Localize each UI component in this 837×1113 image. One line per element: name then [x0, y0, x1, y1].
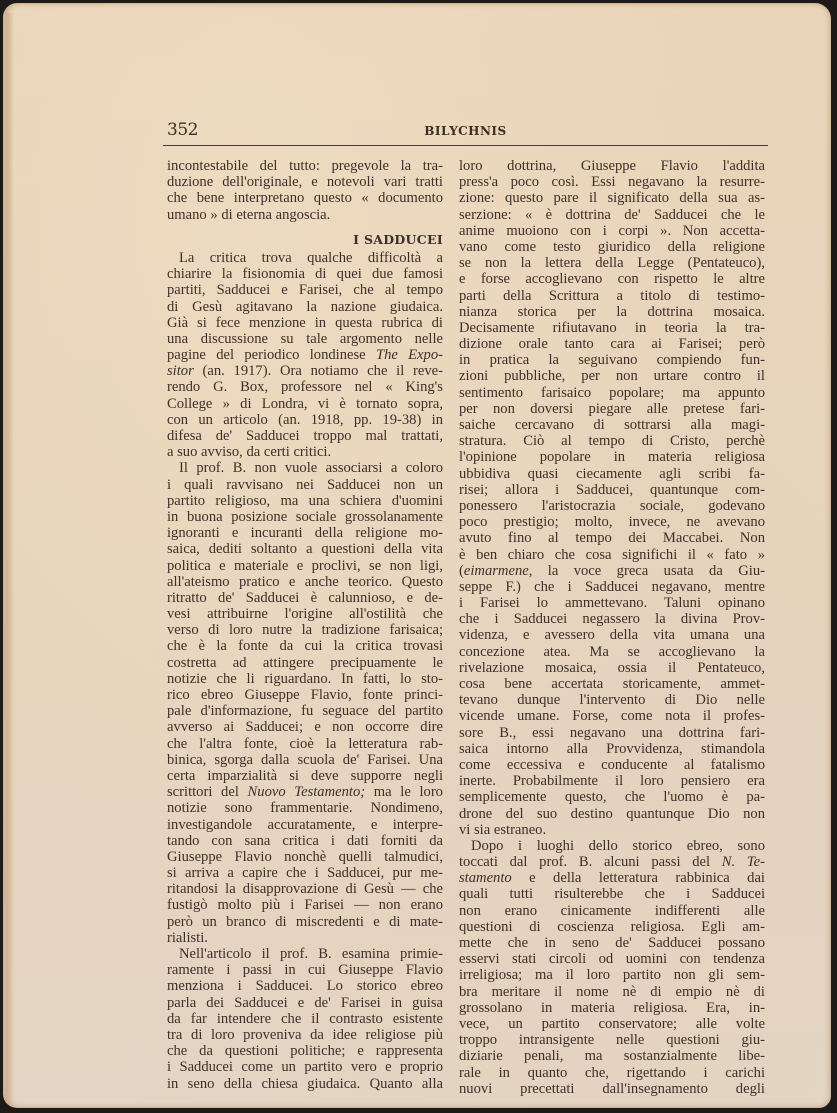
- text-line: parla dei Sadducei e de' Farisei in guis…: [167, 995, 443, 1011]
- text-line: Dopo i luoghi dello storico ebreo, sono: [459, 838, 765, 854]
- text-line: sentimento farisaico popolare; ma appunt…: [459, 385, 765, 401]
- text-line: in pratica la seguivano compiendo fun-: [459, 352, 765, 368]
- text-line: è ben chiaro che cosa significhi il « fa…: [459, 547, 765, 563]
- text-line: che bene interpretano questo « documento: [167, 190, 443, 206]
- text-line: scrittori del Nuovo Testamento; ma le lo…: [167, 784, 443, 800]
- text-line: si arriva a capire che i Sadducei, pur m…: [167, 865, 443, 881]
- text-line: videnza, e avessero della vita umana una: [459, 627, 765, 643]
- italic-title: The Expo-: [376, 347, 443, 363]
- italic-title: Nuovo Testamento;: [248, 784, 366, 800]
- text-line: rialisti.: [167, 930, 443, 946]
- running-title: BILYCHNIS: [163, 124, 768, 138]
- text-line: vece, un partito conservatore; alle volt…: [459, 1016, 765, 1032]
- text-line: nuovi precettati dall'insegnamento degli: [459, 1081, 765, 1097]
- text-line: grossolano in materia religiosa. Era, in…: [459, 1000, 765, 1016]
- text-line: concezione atea. Ma se accoglievano la: [459, 644, 765, 660]
- text-line: serzione: « è dottrina de' Sadducei che …: [459, 207, 765, 223]
- text-line: esservi stati circoli od uomini con tend…: [459, 951, 765, 967]
- text-line: ritratto de' Sadducei è calunnioso, e de…: [167, 590, 443, 606]
- text-line: se non la lettera della Legge (Pentateuc…: [459, 255, 765, 271]
- text-line: quali tutti risulterebbe che i Sadducei: [459, 886, 765, 902]
- text-line: e forse accoglievano con rispetto le alt…: [459, 271, 765, 287]
- text-line: rendo G. Box, professore nel « King's: [167, 379, 443, 395]
- text-line: menziona i Sadducei. Lo storico ebreo: [167, 978, 443, 994]
- text-line: vesi attribuirne l'origine all'ostilità …: [167, 606, 443, 622]
- text-line: con un articolo (an. 1918, pp. 19-38) in: [167, 412, 443, 428]
- text-line: i quali ravvisano nei Sadducei non un: [167, 477, 443, 493]
- text-line: che l'altra fonte, cioè la letteratura r…: [167, 736, 443, 752]
- text-line: in seno della chiesa giudaica. Quanto al…: [167, 1076, 443, 1092]
- right-column: loro dottrina, Giuseppe Flavio l'addita …: [459, 158, 765, 1097]
- text-line: poco prestigio; molto, invece, ne avevan…: [459, 514, 765, 530]
- text-line: i Sadducei come un partito vero e propri…: [167, 1059, 443, 1075]
- text-line: non erano cinicamente indifferenti alle: [459, 903, 765, 919]
- text-line: costretta ad attingere precipuamente le: [167, 655, 443, 671]
- text-line: che i Sadducei negassero la divina Prov-: [459, 611, 765, 627]
- text-fragment: (an. 1917). Ora notiamo che il reve-: [194, 363, 443, 379]
- text-line: politica e materiale e proclivi, se non …: [167, 558, 443, 574]
- text-line: questioni di coscienza religiosa. Egli a…: [459, 919, 765, 935]
- section-heading: I SADDUCEI: [167, 232, 443, 248]
- text-line: anime muoiono con i corpi ». Non accetta…: [459, 223, 765, 239]
- text-line: vi sia estraneo.: [459, 822, 765, 838]
- text-line: chiarire la fisionomia di quei due famos…: [167, 266, 443, 282]
- text-line: sore B., essi negavano una dottrina fari…: [459, 725, 765, 741]
- italic-greek-term: eimarmene: [464, 563, 529, 579]
- page-edge-shadow: [6, 13, 14, 1103]
- italic-title: sitor: [167, 363, 194, 379]
- text-line: bra meritare il nome nè di empio nè di: [459, 984, 765, 1000]
- text-line: ramente i passi in cui Giuseppe Flavio: [167, 962, 443, 978]
- text-line: i Farisei lo ammettevano. Taluni opinano: [459, 595, 765, 611]
- italic-title: N. Te-: [722, 854, 765, 870]
- text-line: saica intorno alla Provvidenza, stimando…: [459, 741, 765, 757]
- text-line: cosa bene accertata storicamente, ammet-: [459, 676, 765, 692]
- text-line: irreligiosa; ma il loro partito non gli …: [459, 967, 765, 983]
- text-line: rivelazione mosaica, ossia il Pentateuco…: [459, 660, 765, 676]
- text-line: notizie sono frammentarie. Nondimeno,: [167, 800, 443, 816]
- text-line: stratura. Ciò al tempo di Cristo, perchè: [459, 433, 765, 449]
- text-line: vicende umane. Forse, come nota il profe…: [459, 708, 765, 724]
- text-line: vano come testo giuridico della religion…: [459, 239, 765, 255]
- text-line: College » di Londra, vi è tornato sopra,: [167, 396, 443, 412]
- text-line: tra di loro proveniva da idee religiose …: [167, 1027, 443, 1043]
- text-line: Già si fece menzione in questa rubrica d…: [167, 315, 443, 331]
- text-line: Nell'articolo il prof. B. esamina primie…: [167, 946, 443, 962]
- text-line: però un branco di miscredenti e di mate-: [167, 914, 443, 930]
- text-line: tevano dunque l'intervento di Dio nelle: [459, 692, 765, 708]
- text-line: ubbidiva quasi ciecamente agli scribi fa…: [459, 466, 765, 482]
- text-line: investigandole accuratamente, e interpre…: [167, 817, 443, 833]
- text-line: loro dottrina, Giuseppe Flavio l'addita: [459, 158, 765, 174]
- text-line: seppe F.) che i Sadducei negavano, mentr…: [459, 579, 765, 595]
- running-header: 352 BILYCHNIS: [163, 120, 768, 144]
- text-line: ignoranti e incuranti della religione mo…: [167, 525, 443, 541]
- text-line: ponessero l'aristocrazia sociale, godeva…: [459, 498, 765, 514]
- text-line: come eccessiva e conducente al fatalismo: [459, 757, 765, 773]
- text-line: zioni pubbliche, per non urtare contro i…: [459, 368, 765, 384]
- text-line: umano » di eterna angoscia.: [167, 207, 443, 223]
- text-line: l'opinione popolare in materia religiosa: [459, 449, 765, 465]
- text-line: ritandosi la disapprovazione di Gesù — c…: [167, 881, 443, 897]
- text-line: semplicemente questo, che l'uomo è pa-: [459, 789, 765, 805]
- text-line: che è la fonte da cui la critica trovasi: [167, 638, 443, 654]
- text-line: press'a poco così. Essi negavano la resu…: [459, 174, 765, 190]
- text-line: zione: questo pare il significato della …: [459, 190, 765, 206]
- text-line: saica, dediti soltanto a questioni della…: [167, 541, 443, 557]
- text-line: troppo intransigente nelle questioni giu…: [459, 1032, 765, 1048]
- text-line: rale in quanto che, rigettando i carichi: [459, 1065, 765, 1081]
- text-line: avverso ai Sadducei; e non occorre dire: [167, 719, 443, 735]
- text-line: partiti, Sadducei e Farisei, che al temp…: [167, 282, 443, 298]
- text-line: stamento e della letteratura rabbinica d…: [459, 870, 765, 886]
- text-line: in buona posizione sociale grossolanamen…: [167, 509, 443, 525]
- header-rule: [163, 145, 768, 146]
- text-line: binica, sgorga dalla scuola de' Farisei.…: [167, 752, 443, 768]
- text-line: certa imparzialità si deve supporre negl…: [167, 768, 443, 784]
- text-line: all'ateismo pratico e anche teorico. Que…: [167, 574, 443, 590]
- text-line: fustigò molto più i Farisei — non erano: [167, 897, 443, 913]
- text-line: da far intendere che il contrasto esiste…: [167, 1011, 443, 1027]
- text-line: avuto fino al tempo dei Maccabei. Non: [459, 530, 765, 546]
- text-line: risei; allora i Sadducei, quantunque com…: [459, 482, 765, 498]
- text-line: Decisamente rifiutavano in teoria la tra…: [459, 320, 765, 336]
- text-line: pale d'informazione, fu seguace del part…: [167, 703, 443, 719]
- text-line: di Gesù agitavano la nazione giudaica.: [167, 299, 443, 315]
- text-line: Il prof. B. non vuole associarsi a color…: [167, 460, 443, 476]
- text-line: dizione orale tanto cara ai Farisei; per…: [459, 336, 765, 352]
- text-line: partito religioso, ma una schiera d'uomi…: [167, 493, 443, 509]
- text-line: sitorsitor (an. 1917). Ora notiamo che i…: [167, 363, 443, 379]
- text-line: a suo avviso, da certi critici.: [167, 444, 443, 460]
- text-line: inerte. Probabilmente il loro pensiero e…: [459, 773, 765, 789]
- text-line: mette che in seno de' Sadducei possano: [459, 935, 765, 951]
- text-line: saiche cercavano di sottrarsi alla magi-: [459, 417, 765, 433]
- text-line: che da questioni politiche; e rappresent…: [167, 1043, 443, 1059]
- text-line: per non doversi piegare alle pretese far…: [459, 401, 765, 417]
- text-line: (eimarmene, la voce greca usata da Giu-: [459, 563, 765, 579]
- text-line: duzione dell'originale, e notevoli vari …: [167, 174, 443, 190]
- italic-title: stamento: [459, 870, 512, 886]
- left-column: incontestabile del tutto: pregevole la t…: [167, 158, 443, 1092]
- text-line: tando con sana critica i dati forniti da: [167, 833, 443, 849]
- text-line: rico ebreo Giuseppe Flavio, fonte princi…: [167, 687, 443, 703]
- text-line: una discussione su tale argomento nelle: [167, 331, 443, 347]
- text-line: nianza storica per la dottrina mosaica.: [459, 304, 765, 320]
- text-line: incontestabile del tutto: pregevole la t…: [167, 158, 443, 174]
- text-line: drone del suo destino quantunque Dio non: [459, 806, 765, 822]
- text-line: pagine del periodico londinese The Expo-: [167, 347, 443, 363]
- text-line: verso di loro nutre la tradizione farisa…: [167, 622, 443, 638]
- text-line: diziarie penali, ma sostanzialmente libe…: [459, 1048, 765, 1064]
- text-line: difesa de' Sadducei troppo mal trattati,: [167, 428, 443, 444]
- text-line: parti della Scrittura a titolo di testim…: [459, 288, 765, 304]
- text-line: Giuseppe Flavio nonchè quelli talmudici,: [167, 849, 443, 865]
- text-line: notizie che li riguardano. In fatti, lo …: [167, 671, 443, 687]
- text-line: La critica trova qualche difficoltà a: [167, 250, 443, 266]
- text-line: toccati dal prof. B. alcuni passi del N.…: [459, 854, 765, 870]
